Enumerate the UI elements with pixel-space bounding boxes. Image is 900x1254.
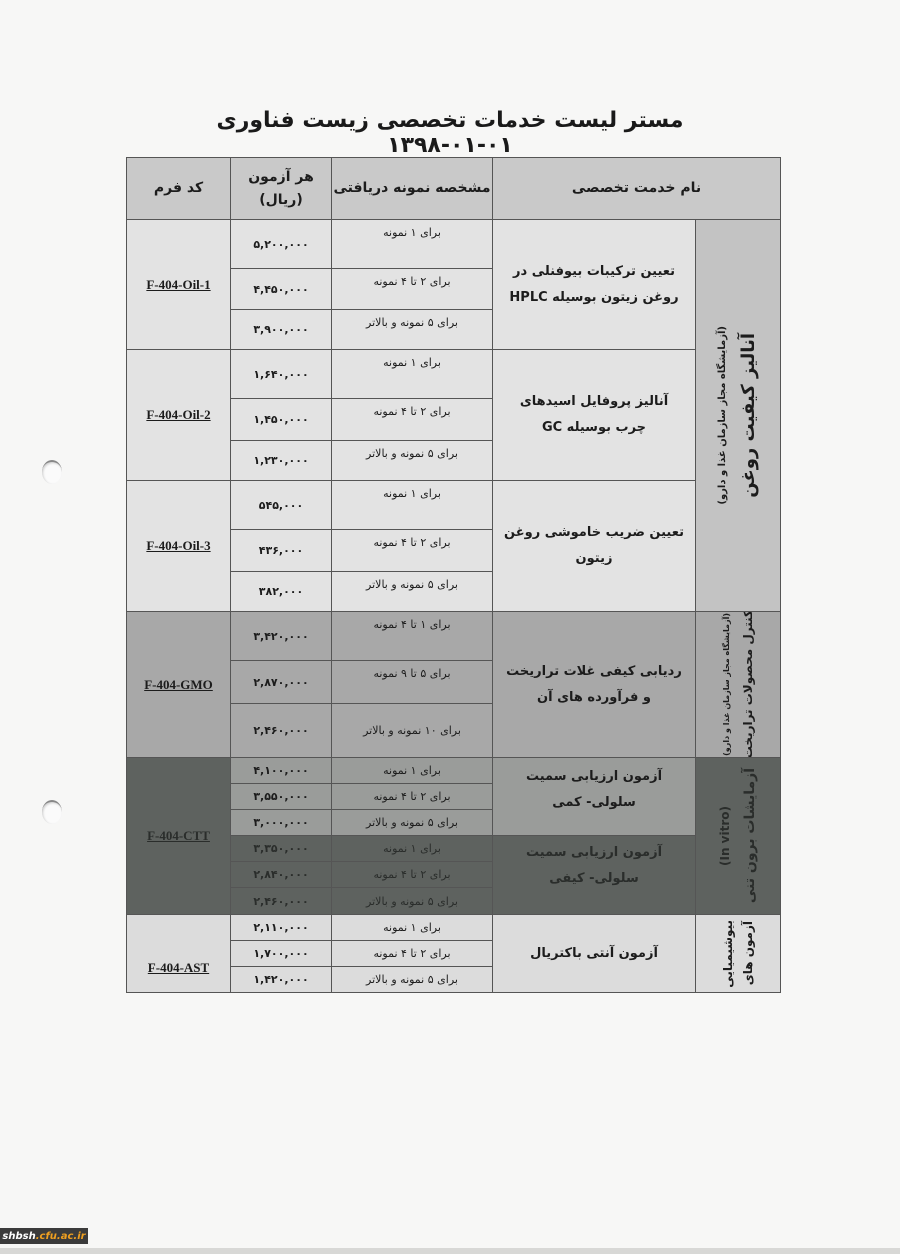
price-cell: ۲,۸۴۰,۰۰۰ bbox=[230, 861, 332, 888]
sample-cell: برای ۲ تا ۴ نمونه bbox=[331, 398, 493, 441]
sample-cell: برای ۵ تا ۹ نمونه bbox=[331, 660, 493, 704]
form-code-ctt: F-404-CTT bbox=[126, 757, 231, 915]
price-cell: ۳,۳۵۰,۰۰۰ bbox=[230, 835, 332, 862]
page-title: مستر لیست خدمات تخصصی زیست فناوری ۰۱-۰۱-… bbox=[180, 108, 720, 158]
category-oil-quality: (آزمایشگاه مجاز سازمان غذا و دارو) آنالی… bbox=[695, 219, 781, 612]
price-cell: ۲,۴۶۰,۰۰۰ bbox=[230, 703, 332, 758]
price-cell: ۲,۱۱۰,۰۰۰ bbox=[230, 914, 332, 941]
form-code-oil-2: F-404-Oil-2 bbox=[126, 349, 231, 481]
price-cell: ۳,۹۰۰,۰۰۰ bbox=[230, 309, 332, 350]
sample-cell: برای ۱ نمونه bbox=[331, 349, 493, 399]
header-sample-spec: مشخصه نمونه دریافتی bbox=[331, 157, 493, 220]
category-subtitle: (In vitro) bbox=[718, 806, 732, 866]
site-watermark: shbsh.cfu.ac.ir bbox=[0, 1228, 88, 1244]
category-in-vitro: (In vitro) آزمایشات برون تنی bbox=[695, 757, 781, 915]
category-subtitle: بیوشیمیایی bbox=[721, 920, 735, 988]
service-name-oil-1: تعیین ترکیبات بیوفنلی در روغن زیتون بوسی… bbox=[492, 219, 696, 350]
watermark-host: shbsh bbox=[2, 1231, 35, 1242]
sample-cell: برای ۱ نمونه bbox=[331, 219, 493, 269]
category-gmo-control: (آزمایشگاه مجاز سازمان غذا و دارو) کنترل… bbox=[695, 611, 781, 758]
sample-cell: برای ۱ نمونه bbox=[331, 914, 493, 941]
price-cell: ۵۴۵,۰۰۰ bbox=[230, 480, 332, 530]
header-price: هر آزمون (ریال) bbox=[230, 157, 332, 220]
sample-cell: برای ۱ نمونه bbox=[331, 835, 493, 862]
price-cell: ۱,۷۰۰,۰۰۰ bbox=[230, 940, 332, 967]
price-cell: ۳,۵۵۰,۰۰۰ bbox=[230, 783, 332, 810]
header-form-code: کد فرم bbox=[126, 157, 231, 220]
service-name-ast: آزمون آنتی باکتریال bbox=[492, 914, 696, 993]
page-bottom-edge bbox=[0, 1248, 900, 1254]
category-title: کنترل محصولات تراریخت bbox=[741, 611, 755, 758]
sample-cell: برای ۱ نمونه bbox=[331, 757, 493, 784]
category-title: آزمون های bbox=[741, 921, 755, 985]
sample-cell: برای ۲ تا ۴ نمونه bbox=[331, 861, 493, 888]
service-name-oil-3: تعیین ضریب خاموشی روغن زیتون bbox=[492, 480, 696, 612]
price-cell: ۳,۴۲۰,۰۰۰ bbox=[230, 611, 332, 661]
header-price-line1: هر آزمون bbox=[248, 166, 314, 188]
header-service-name: نام خدمت تخصصی bbox=[492, 157, 781, 220]
form-code-gmo: F-404-GMO bbox=[126, 611, 231, 758]
form-code-oil-1: F-404-Oil-1 bbox=[126, 219, 231, 350]
form-code-ast: F-404-AST bbox=[126, 914, 231, 993]
punch-hole-bottom bbox=[42, 800, 62, 824]
price-cell: ۳۸۲,۰۰۰ bbox=[230, 571, 332, 612]
category-subtitle: (آزمایشگاه مجاز سازمان غذا و دارو) bbox=[722, 613, 731, 756]
sample-cell: برای ۲ تا ۴ نمونه bbox=[331, 268, 493, 310]
category-subtitle: (آزمایشگاه مجاز سازمان غذا و دارو) bbox=[717, 326, 728, 505]
sample-cell: برای ۱ نمونه bbox=[331, 480, 493, 530]
sample-cell: برای ۵ نمونه و بالاتر bbox=[331, 809, 493, 836]
price-cell: ۱,۲۳۰,۰۰۰ bbox=[230, 440, 332, 481]
form-code-oil-3: F-404-Oil-3 bbox=[126, 480, 231, 612]
price-cell: ۵,۲۰۰,۰۰۰ bbox=[230, 219, 332, 269]
category-title: آنالیز کیفیت روغن bbox=[738, 333, 759, 498]
sample-cell: برای ۵ نمونه و بالاتر bbox=[331, 440, 493, 481]
punch-hole-top bbox=[42, 460, 62, 484]
price-cell: ۱,۶۴۰,۰۰۰ bbox=[230, 349, 332, 399]
sample-cell: برای ۱ تا ۴ نمونه bbox=[331, 611, 493, 661]
watermark-domain: .cfu.ac.ir bbox=[36, 1231, 86, 1242]
service-name-ctt-qualitative: آزمون ارزیابی سمیت سلولی- کیفی bbox=[492, 835, 696, 915]
price-cell: ۱,۴۵۰,۰۰۰ bbox=[230, 398, 332, 441]
sample-cell: برای ۲ تا ۴ نمونه bbox=[331, 529, 493, 572]
sample-cell: برای ۱۰ نمونه و بالاتر bbox=[331, 703, 493, 758]
price-cell: ۴۳۶,۰۰۰ bbox=[230, 529, 332, 572]
sample-cell: برای ۲ تا ۴ نمونه bbox=[331, 940, 493, 967]
price-cell: ۴,۴۵۰,۰۰۰ bbox=[230, 268, 332, 310]
price-cell: ۴,۱۰۰,۰۰۰ bbox=[230, 757, 332, 784]
service-name-gmo: ردیابی کیفی غلات تراریخت و فرآورده های آ… bbox=[492, 611, 696, 758]
service-name-oil-2: آنالیز پروفایل اسیدهای چرب بوسیله GC bbox=[492, 349, 696, 481]
header-price-line2: (ریال) bbox=[259, 189, 303, 211]
sample-cell: برای ۵ نمونه و بالاتر bbox=[331, 966, 493, 993]
category-title: آزمایشات برون تنی bbox=[742, 768, 758, 903]
sample-cell: برای ۲ تا ۴ نمونه bbox=[331, 783, 493, 810]
price-cell: ۲,۴۶۰,۰۰۰ bbox=[230, 887, 332, 915]
sample-cell: برای ۵ نمونه و بالاتر bbox=[331, 571, 493, 612]
price-cell: ۳,۰۰۰,۰۰۰ bbox=[230, 809, 332, 836]
service-name-ctt-quantitative: آزمون ارزیابی سمیت سلولی- کمی bbox=[492, 757, 696, 836]
price-cell: ۱,۴۲۰,۰۰۰ bbox=[230, 966, 332, 993]
price-cell: ۲,۸۷۰,۰۰۰ bbox=[230, 660, 332, 704]
category-biochemical-tests: بیوشیمیایی آزمون های bbox=[695, 914, 781, 993]
sample-cell: برای ۵ نمونه و بالاتر bbox=[331, 309, 493, 350]
sample-cell: برای ۵ نمونه و بالاتر bbox=[331, 887, 493, 915]
services-price-table: کد فرم هر آزمون (ریال) مشخصه نمونه دریاف… bbox=[126, 157, 781, 993]
